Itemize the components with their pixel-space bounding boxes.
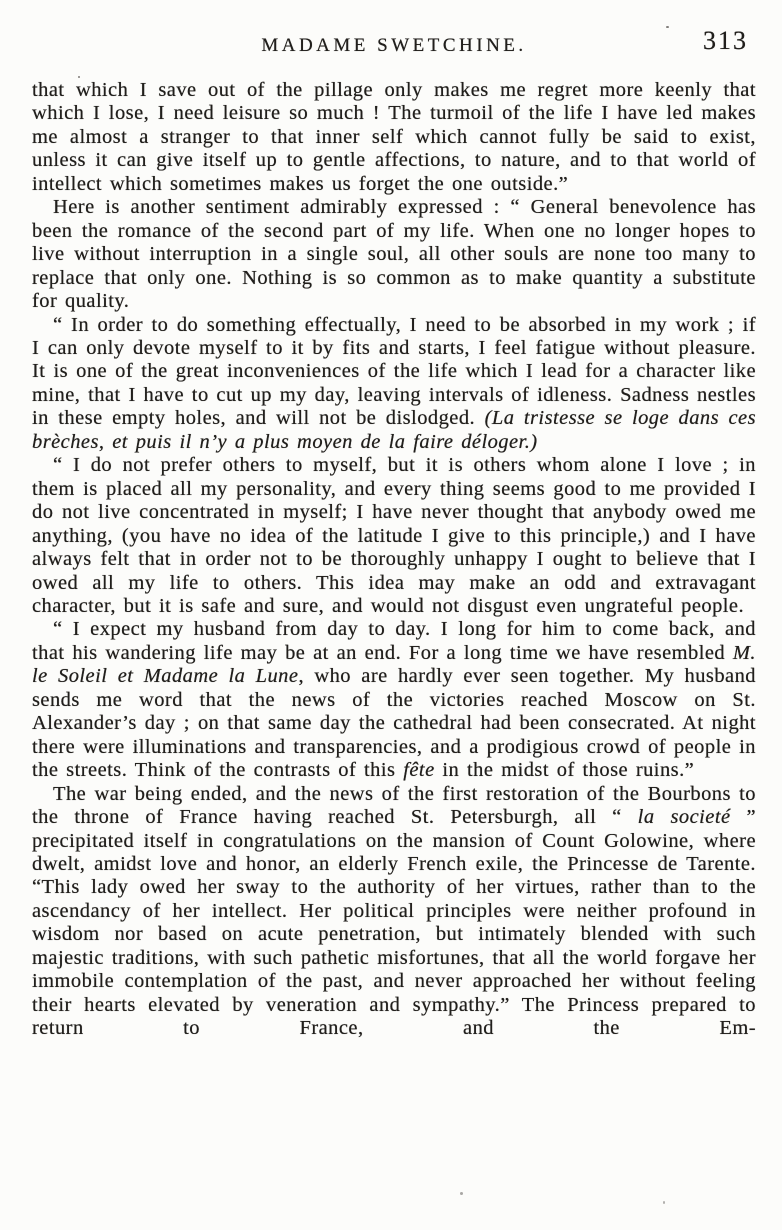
text-run: ” precipitated itself in congratulations… xyxy=(32,806,756,1039)
text-run: Here is another sentiment admirably expr… xyxy=(32,196,756,312)
italic-french-run: fête xyxy=(403,759,434,781)
paragraph-5: “ I expect my husband from day to day. I… xyxy=(32,618,756,782)
page-number: 313 xyxy=(703,26,748,56)
paragraph-2: Here is another sentiment admirably expr… xyxy=(32,196,756,313)
scan-speck xyxy=(460,1192,463,1195)
page-header: MADAME SWETCHINE. 313 xyxy=(32,26,756,60)
scan-speck xyxy=(663,1201,665,1204)
paragraph-1: that which I save out of the pillage onl… xyxy=(32,79,756,196)
text-run: in the midst of those ruins.” xyxy=(435,759,695,781)
paragraph-6: The war being ended, and the news of the… xyxy=(32,783,756,1041)
book-page: MADAME SWETCHINE. 313 that which I save … xyxy=(0,0,782,1230)
text-run: “ I do not prefer others to myself, but … xyxy=(32,454,756,617)
scan-speck xyxy=(666,26,669,28)
scan-speck xyxy=(78,76,80,78)
italic-french-run: la societé xyxy=(638,806,731,828)
page-body: that which I save out of the pillage onl… xyxy=(32,79,756,1041)
paragraph-4: “ I do not prefer others to myself, but … xyxy=(32,454,756,618)
text-run: that which I save out of the pillage onl… xyxy=(32,79,756,195)
text-run: “ I expect my husband from day to day. I… xyxy=(32,618,756,663)
running-title: MADAME SWETCHINE. xyxy=(261,35,526,57)
paragraph-3: “ In order to do something effectually, … xyxy=(32,314,756,455)
